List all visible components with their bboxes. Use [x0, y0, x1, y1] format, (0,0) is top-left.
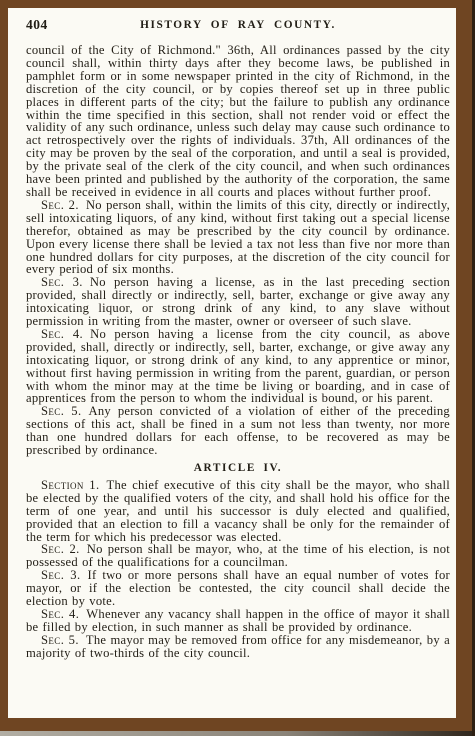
paragraph-a4-sec2: Sec. 2.No person shall be mayor, who, at… — [26, 543, 450, 569]
section-label: Section 1. — [41, 478, 100, 492]
paragraph-continuation: council of the City of Richmond." 36th, … — [26, 44, 450, 199]
page-content-area: 404 HISTORY OF RAY COUNTY. council of th… — [8, 8, 456, 718]
page-header: 404 HISTORY OF RAY COUNTY. — [26, 15, 450, 37]
section-label: Sec. 5. — [41, 404, 82, 418]
page-body: council of the City of Richmond." 36th, … — [26, 44, 450, 660]
paragraph-a4-sec5: Sec. 5.The mayor may be removed from off… — [26, 634, 450, 660]
scanned-book-page: 404 HISTORY OF RAY COUNTY. council of th… — [0, 0, 475, 736]
running-title: HISTORY OF RAY COUNTY. — [140, 19, 336, 31]
paragraph-sec2: Sec. 2.No person shall, within the limit… — [26, 199, 450, 276]
paragraph-a4-sec4: Sec. 4.Whenever any vacancy shall happen… — [26, 608, 450, 634]
section-label: Sec. 5. — [41, 633, 79, 647]
article-iv-heading: ARTICLE IV. — [26, 462, 450, 475]
paragraph-text: The mayor may be removed from office for… — [26, 633, 450, 660]
section-label: Sec. 3. — [41, 275, 83, 289]
paragraph-text: No person having a license from the city… — [26, 327, 450, 406]
paragraph-text: No person having a license, as in the la… — [26, 275, 450, 328]
paragraph-a4-sec3: Sec. 3.If two or more persons shall have… — [26, 569, 450, 608]
page-number: 404 — [26, 17, 48, 33]
paragraph-text: Any person convicted of a violation of e… — [26, 404, 450, 457]
book-page: 404 HISTORY OF RAY COUNTY. council of th… — [0, 0, 472, 731]
paragraph-text: No person shall be mayor, who, at the ti… — [26, 542, 450, 569]
paragraph-text: No person shall, within the limits of th… — [26, 198, 450, 277]
paragraph-text: council of the City of Richmond." 36th, … — [26, 43, 450, 199]
paragraph-text: If two or more persons shall have an equ… — [26, 568, 450, 608]
paragraph-sec4: Sec. 4.No person having a license from t… — [26, 328, 450, 405]
paragraph-section1: Section 1.The chief executive of this ci… — [26, 479, 450, 544]
section-label: Sec. 3. — [41, 568, 81, 582]
section-label: Sec. 4. — [41, 327, 83, 341]
section-label: Sec. 2. — [41, 198, 79, 212]
paragraph-sec5: Sec. 5.Any person convicted of a violati… — [26, 405, 450, 457]
section-label: Sec. 4. — [41, 607, 79, 621]
paragraph-text: Whenever any vacancy shall happen in the… — [26, 607, 450, 634]
paragraph-sec3: Sec. 3.No person having a license, as in… — [26, 276, 450, 328]
section-label: Sec. 2. — [41, 542, 80, 556]
